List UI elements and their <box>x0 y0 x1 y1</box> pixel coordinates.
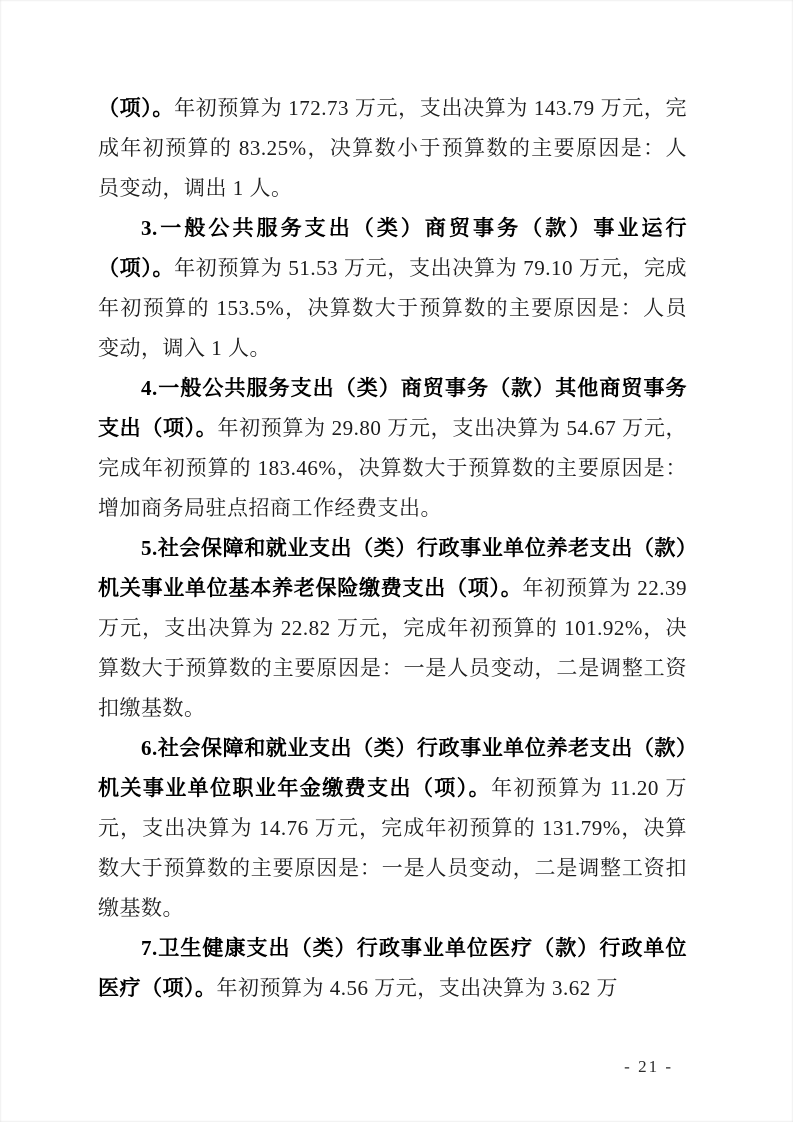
document-page: （项）。年初预算为 172.73 万元，支出决算为 143.79 万元，完成年初… <box>0 0 793 1122</box>
paragraph-item-3: 3.一般公共服务支出（类）商贸事务（款）事业运行（项）。年初预算为 51.53 … <box>98 208 687 368</box>
paragraph-item-7: 7.卫生健康支出（类）行政事业单位医疗（款）行政单位医疗（项）。年初预算为 4.… <box>98 928 687 1008</box>
paragraph-item-6: 6.社会保障和就业支出（类）行政事业单位养老支出（款）机关事业单位职业年金缴费支… <box>98 728 687 928</box>
item-body-3: 年初预算为 51.53 万元，支出决算为 79.10 万元，完成年初预算的 15… <box>98 256 687 360</box>
paragraph-continuation: （项）。年初预算为 172.73 万元，支出决算为 143.79 万元，完成年初… <box>98 88 687 208</box>
item-body-7: 年初预算为 4.56 万元，支出决算为 3.62 万 <box>217 976 619 1000</box>
item-body-continuation: 年初预算为 172.73 万元，支出决算为 143.79 万元，完成年初预算的 … <box>98 96 687 200</box>
item-heading-continuation: （项）。 <box>98 96 174 120</box>
page-number: - 21 - <box>624 1056 673 1078</box>
paragraph-item-4: 4.一般公共服务支出（类）商贸事务（款）其他商贸事务支出（项）。年初预算为 29… <box>98 368 687 528</box>
document-body: （项）。年初预算为 172.73 万元，支出决算为 143.79 万元，完成年初… <box>98 88 687 1008</box>
paragraph-item-5: 5.社会保障和就业支出（类）行政事业单位养老支出（款）机关事业单位基本养老保险缴… <box>98 528 687 728</box>
